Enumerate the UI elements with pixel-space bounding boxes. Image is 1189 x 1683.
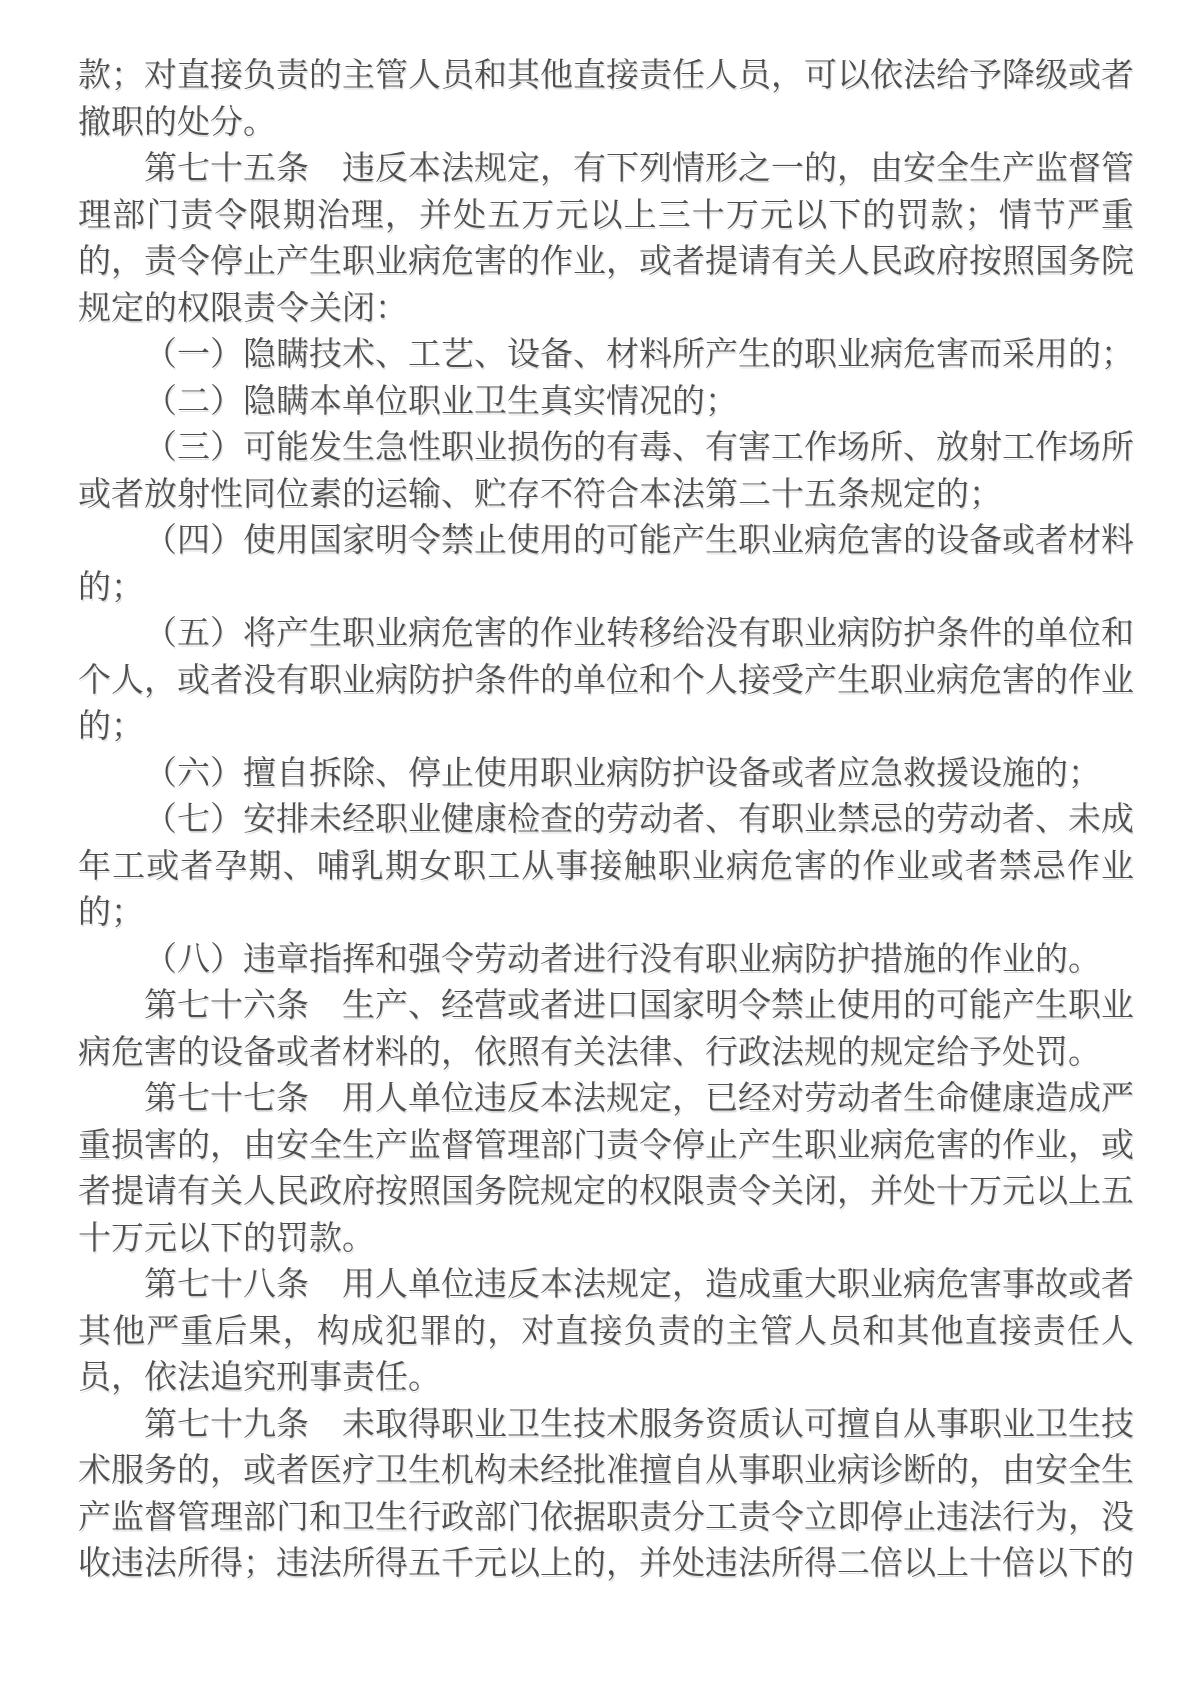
paragraph-article-77: 第七十七条 用人单位违反本法规定，已经对劳动者生命健康造成严重损害的，由安全生产… xyxy=(78,1075,1134,1261)
paragraph-article-75-item-2: （二）隐瞒本单位职业卫生真实情况的； xyxy=(78,378,1134,425)
document-page: 款；对直接负责的主管人员和其他直接责任人员，可以依法给予降级或者撤职的处分。 第… xyxy=(0,0,1189,1683)
paragraph-article-75: 第七十五条 违反本法规定，有下列情形之一的，由安全生产监督管理部门责令限期治理，… xyxy=(78,145,1134,331)
paragraph-article-75-item-7: （七）安排未经职业健康检查的劳动者、有职业禁忌的劳动者、未成年工或者孕期、哺乳期… xyxy=(78,796,1134,936)
paragraph-article-75-item-8: （八）违章指挥和强令劳动者进行没有职业病防护措施的作业的。 xyxy=(78,936,1134,983)
paragraph-article-78: 第七十八条 用人单位违反本法规定，造成重大职业病危害事故或者其他严重后果，构成犯… xyxy=(78,1261,1134,1401)
paragraph-article-75-item-1: （一）隐瞒技术、工艺、设备、材料所产生的职业病危害而采用的； xyxy=(78,331,1134,378)
paragraph-article-75-item-6: （六）擅自拆除、停止使用职业病防护设备或者应急救援设施的； xyxy=(78,750,1134,797)
paragraph-article-75-item-4: （四）使用国家明令禁止使用的可能产生职业病危害的设备或者材料的； xyxy=(78,517,1134,610)
paragraph-article-76: 第七十六条 生产、经营或者进口国家明令禁止使用的可能产生职业病危害的设备或者材料… xyxy=(78,982,1134,1075)
paragraph-article-79: 第七十九条 未取得职业卫生技术服务资质认可擅自从事职业卫生技术服务的，或者医疗卫… xyxy=(78,1401,1134,1587)
paragraph-article-75-item-5: （五）将产生职业病危害的作业转移给没有职业病防护条件的单位和个人，或者没有职业病… xyxy=(78,610,1134,750)
paragraph-article-75-item-3: （三）可能发生急性职业损伤的有毒、有害工作场所、放射工作场所或者放射性同位素的运… xyxy=(78,424,1134,517)
paragraph-continuation: 款；对直接负责的主管人员和其他直接责任人员，可以依法给予降级或者撤职的处分。 xyxy=(78,52,1134,145)
